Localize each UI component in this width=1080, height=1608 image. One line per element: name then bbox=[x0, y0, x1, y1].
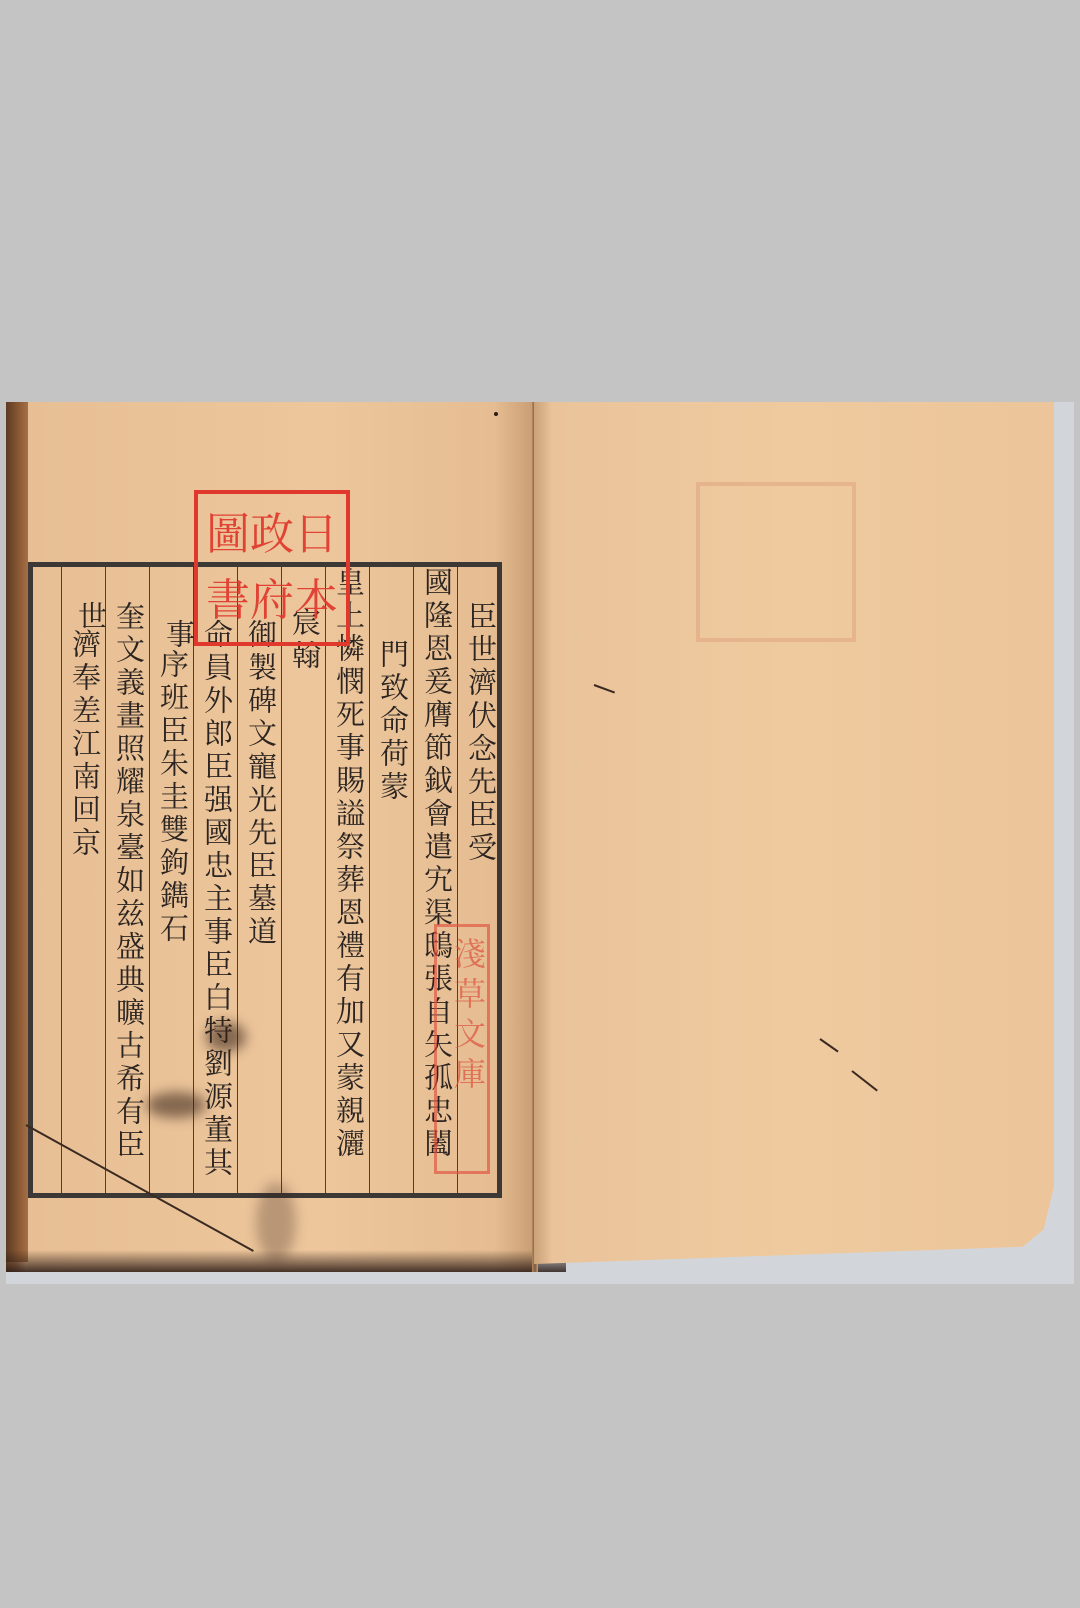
column-text: 臣世濟伏念先臣受 bbox=[462, 601, 500, 865]
page-edge-stack bbox=[6, 402, 28, 1262]
ink-dot bbox=[494, 412, 498, 416]
book-bottom-edge bbox=[6, 1250, 566, 1272]
right-page-blank bbox=[534, 402, 1054, 1264]
text-column-9: 奎文義畫照耀泉臺如兹盛典曠古希有臣世 bbox=[105, 567, 149, 1193]
seal-char: 府 bbox=[250, 568, 294, 634]
column-text: 門致命荷蒙 bbox=[374, 639, 412, 804]
seal-char: 圖 bbox=[206, 502, 250, 568]
text-column-5: 宸翰 bbox=[281, 567, 325, 1193]
left-page: 臣世濟伏念先臣受 國隆恩爰膺節鉞會遣宄渠鴟張自矢孤忠闔 門致命荷蒙 皇上憐憫死事… bbox=[6, 402, 536, 1272]
red-seal-asakusa-bunko: 淺草文庫 bbox=[434, 924, 490, 1174]
text-frame: 臣世濟伏念先臣受 國隆恩爰膺節鉞會遣宄渠鴟張自矢孤忠闔 門致命荷蒙 皇上憐憫死事… bbox=[28, 562, 502, 1198]
ink-speck bbox=[594, 684, 615, 693]
red-seal-nihon-seifu-tosho: 日 本 政 府 圖 書 bbox=[194, 490, 350, 646]
text-column-4: 皇上憐憫死事賜謚祭葬恩禮有加又蒙親灑 bbox=[325, 567, 369, 1193]
seal-char: 政 bbox=[250, 502, 294, 568]
ink-stain bbox=[206, 1022, 246, 1052]
text-column-6: 御製碑文寵光先臣墓道 bbox=[237, 567, 281, 1193]
text-column-10: 濟奉差江南回京 bbox=[61, 567, 105, 1193]
column-text: 御製碑文寵光先臣墓道 bbox=[242, 619, 280, 949]
text-column-11 bbox=[33, 567, 61, 1193]
ghost-seal-bleedthrough bbox=[696, 482, 856, 642]
column-text: 濟奉差江南回京 bbox=[66, 629, 104, 860]
ink-stain bbox=[146, 1092, 206, 1118]
seal-char: 日 bbox=[294, 502, 338, 568]
ink-speck bbox=[819, 1038, 838, 1052]
column-text: 序班臣朱圭雙鉤鐫石 bbox=[154, 649, 192, 946]
seal-characters: 日 本 政 府 圖 書 bbox=[206, 502, 338, 634]
seal-char: 書 bbox=[206, 568, 250, 634]
text-column-3: 門致命荷蒙 bbox=[369, 567, 413, 1193]
seal-char: 本 bbox=[294, 568, 338, 634]
column-text: 奎文義畫照耀泉臺如兹盛典曠古希有臣世 bbox=[110, 601, 148, 1193]
ink-speck bbox=[851, 1070, 877, 1091]
seal-text: 淺草文庫 bbox=[445, 937, 491, 1097]
column-text: 皇上憐憫死事賜謚祭葬恩禮有加又蒙親灑 bbox=[330, 567, 368, 1161]
book-spread: 臣世濟伏念先臣受 國隆恩爰膺節鉞會遣宄渠鴟張自矢孤忠闔 門致命荷蒙 皇上憐憫死事… bbox=[6, 402, 1046, 1282]
